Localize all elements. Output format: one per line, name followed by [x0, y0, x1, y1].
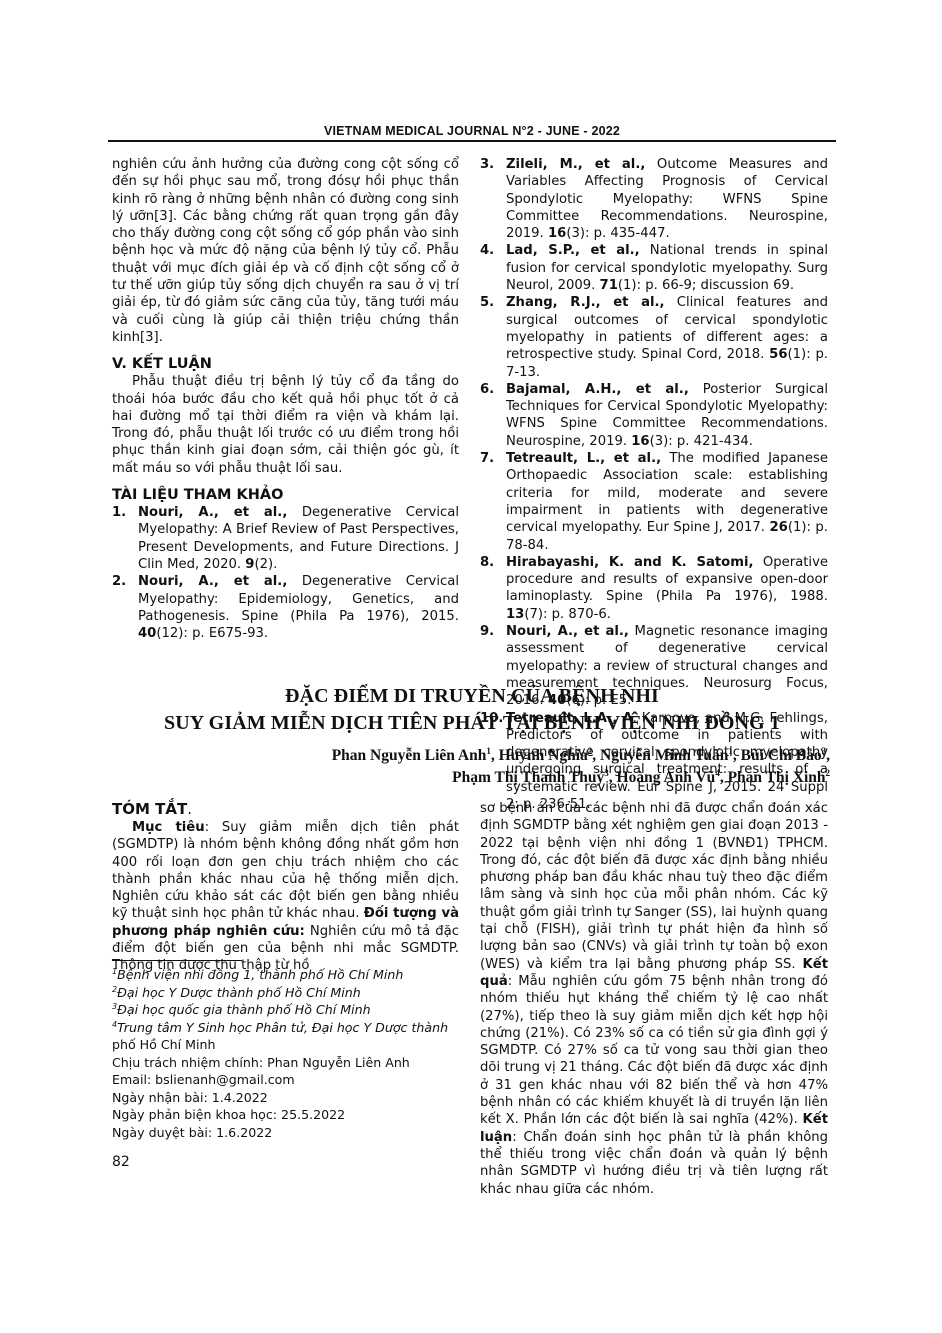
author-name: Hoàng Anh Vũ — [617, 769, 716, 786]
date-received: Ngày nhận bài: 1.4.2022 — [112, 1089, 472, 1107]
reference-number: 1. — [112, 504, 126, 521]
author-name: Bùi Chí Bảo — [741, 747, 822, 764]
reference-volume: 40 — [138, 626, 156, 641]
article-title: ĐẶC ĐIỂM DI TRUYỀN CỦA BỆNH NHI SUY GIẢM… — [108, 683, 836, 737]
references-list-left: 1.Nouri, A., et al., Degenerative Cervic… — [112, 504, 459, 642]
reference-authors: Nouri, A., et al., — [138, 574, 287, 589]
reference-volume: 26 — [769, 520, 787, 535]
reference-authors: Bajamal, A.H., et al., — [506, 382, 689, 397]
author-separator: , — [592, 747, 600, 764]
results-text: : Mẫu nghiên cứu gồm 75 bệnh nhân trong … — [480, 974, 828, 1127]
reference-item: 4.Lad, S.P., et al., National trends in … — [480, 242, 828, 294]
abstract-left-column: TÓM TẮT. Mục tiêu: Suy giảm miễn dịch ti… — [112, 800, 459, 975]
affiliation-1: 1Bệnh viện nhi đồng 1, thành phố Hồ Chí … — [112, 966, 472, 984]
reference-number: 6. — [480, 381, 494, 398]
left-column-prev-article: nghiên cứu ảnh hưởng của đường cong cột … — [112, 156, 459, 642]
reference-number: 7. — [480, 450, 494, 467]
affiliation-2: 2Đại học Y Dược thành phố Hồ Chí Minh — [112, 984, 472, 1002]
corresponding-author: Chịu trách nhiệm chính: Phan Nguyễn Liên… — [112, 1054, 472, 1072]
reference-item: 3.Zileli, M., et al., Outcome Measures a… — [480, 156, 828, 242]
reference-number: 4. — [480, 242, 494, 259]
affiliation-text: Trung tâm Y Sinh học Phân tử, Đại học Y … — [117, 1020, 448, 1035]
author-separator: , — [491, 747, 499, 764]
reference-authors: Lad, S.P., et al., — [506, 243, 640, 258]
reference-item: 1.Nouri, A., et al., Degenerative Cervic… — [112, 504, 459, 573]
reference-volume: 16 — [631, 434, 649, 449]
abstract-right-column: sơ bệnh án của các bệnh nhi đã được chẩn… — [480, 800, 828, 1198]
date-reviewed: Ngày phản biện khoa học: 25.5.2022 — [112, 1106, 472, 1124]
reference-item: 7.Tetreault, L., et al., The modified Ja… — [480, 450, 828, 554]
reference-item: 6.Bajamal, A.H., et al., Posterior Surgi… — [480, 381, 828, 450]
reference-authors: Zhang, R.J., et al., — [506, 295, 665, 310]
footnotes: 1Bệnh viện nhi đồng 1, thành phố Hồ Chí … — [112, 966, 472, 1141]
running-header: VIETNAM MEDICAL JOURNAL N°2 - JUNE - 202… — [108, 124, 836, 138]
reference-pages: (12): p. E675-93. — [156, 626, 268, 641]
affiliation-4-continuation: phố Hồ Chí Minh — [112, 1036, 472, 1054]
email[interactable]: Email: bslienanh@gmail.com — [112, 1071, 472, 1089]
reference-pages: (7): p. 870-6. — [524, 607, 611, 622]
affiliation-text: Đại học Y Dược thành phố Hồ Chí Minh — [117, 985, 361, 1000]
reference-pages: (2). — [254, 557, 277, 572]
conclusion-text: Phẫu thuật điều trị bệnh lý tủy cổ đa tầ… — [112, 373, 459, 477]
affiliation-4: 4Trung tâm Y Sinh học Phân tử, Đại học Y… — [112, 1019, 472, 1037]
reference-pages: (3): p. 435-447. — [566, 226, 669, 241]
abstract-paragraph: Mục tiêu: Suy giảm miễn dịch tiên phát (… — [112, 819, 459, 975]
author-name: Huỳnh Nghĩa — [499, 747, 588, 764]
reference-item: 5.Zhang, R.J., et al., Clinical features… — [480, 294, 828, 380]
reference-volume: 71 — [600, 278, 618, 293]
author-name: Phan Nguyễn Liên Anh — [332, 747, 487, 764]
abstract-heading-text: TÓM TẮT — [112, 800, 187, 818]
reference-authors: Tetreault, L., et al., — [506, 451, 661, 466]
reference-volume: 13 — [506, 607, 524, 622]
author-list: Phan Nguyễn Liên Anh1, Huỳnh Nghĩa2, Ngu… — [180, 745, 830, 789]
references-heading: TÀI LIỆU THAM KHẢO — [112, 486, 459, 504]
reference-volume: 56 — [769, 347, 787, 362]
reference-number: 8. — [480, 554, 494, 571]
author-separator: , — [720, 769, 728, 786]
reference-item: 2.Nouri, A., et al., Degenerative Cervic… — [112, 573, 459, 642]
reference-authors: Zileli, M., et al., — [506, 157, 645, 172]
author-separator: , — [826, 747, 830, 764]
author-name: Phan Thị Xinh — [728, 769, 826, 786]
author-name: Nguyễn Minh Tuấn — [600, 747, 728, 764]
author-separator: , — [733, 747, 741, 764]
author-separator: , — [609, 769, 617, 786]
reference-item: 8.Hirabayashi, K. and K. Satomi, Operati… — [480, 554, 828, 623]
footnote-rule — [112, 960, 242, 961]
reference-number: 9. — [480, 623, 494, 640]
discussion-tail: nghiên cứu ảnh hưởng của đường cong cột … — [112, 156, 459, 346]
affiliation-3: 3Đại học quốc gia thành phố Hồ Chí Minh — [112, 1001, 472, 1019]
author-name: Phạm Thị Thanh Thuỷ — [452, 769, 604, 786]
objective-label: Mục tiêu — [132, 820, 205, 835]
date-accepted: Ngày duyệt bài: 1.6.2022 — [112, 1124, 472, 1142]
reference-authors: Nouri, A., et al., — [138, 505, 287, 520]
affiliation-text: Bệnh viện nhi đồng 1, thành phố Hồ Chí M… — [117, 967, 403, 982]
abstract-paragraph-continued: sơ bệnh án của các bệnh nhi đã được chẩn… — [480, 800, 828, 1198]
article-title-line-2: SUY GIẢM MIỄN DỊCH TIÊN PHÁT TẠI BỆNH VI… — [108, 710, 836, 737]
header-rule — [108, 140, 836, 142]
reference-authors: Hirabayashi, K. and K. Satomi, — [506, 555, 754, 570]
affiliation-text: Đại học quốc gia thành phố Hồ Chí Minh — [117, 1002, 371, 1017]
journal-page: VIETNAM MEDICAL JOURNAL N°2 - JUNE - 202… — [0, 0, 942, 1333]
author-affiliation: 2 — [826, 768, 831, 778]
reference-number: 3. — [480, 156, 494, 173]
abstract-conclusion-text: : Chẩn đoán sinh học phân tử là phần khô… — [480, 1130, 828, 1197]
reference-number: 5. — [480, 294, 494, 311]
reference-number: 2. — [112, 573, 126, 590]
reference-pages: (3): p. 421-434. — [650, 434, 753, 449]
abstract-heading: TÓM TẮT. — [112, 800, 459, 819]
reference-volume: 16 — [548, 226, 566, 241]
abstract-heading-suffix: . — [187, 800, 192, 818]
author-line-1: Phan Nguyễn Liên Anh1, Huỳnh Nghĩa2, Ngu… — [180, 745, 830, 767]
methods-text-continued: sơ bệnh án của các bệnh nhi đã được chẩn… — [480, 801, 828, 972]
article-title-line-1: ĐẶC ĐIỂM DI TRUYỀN CỦA BỆNH NHI — [108, 683, 836, 710]
conclusion-heading: V. KẾT LUẬN — [112, 355, 459, 373]
reference-authors: Nouri, A., et al., — [506, 624, 629, 639]
page-number: 82 — [112, 1154, 130, 1170]
reference-pages: (1): p. 66-9; discussion 69. — [618, 278, 794, 293]
author-line-2: Phạm Thị Thanh Thuỷ3, Hoàng Anh Vũ4, Pha… — [180, 767, 830, 789]
